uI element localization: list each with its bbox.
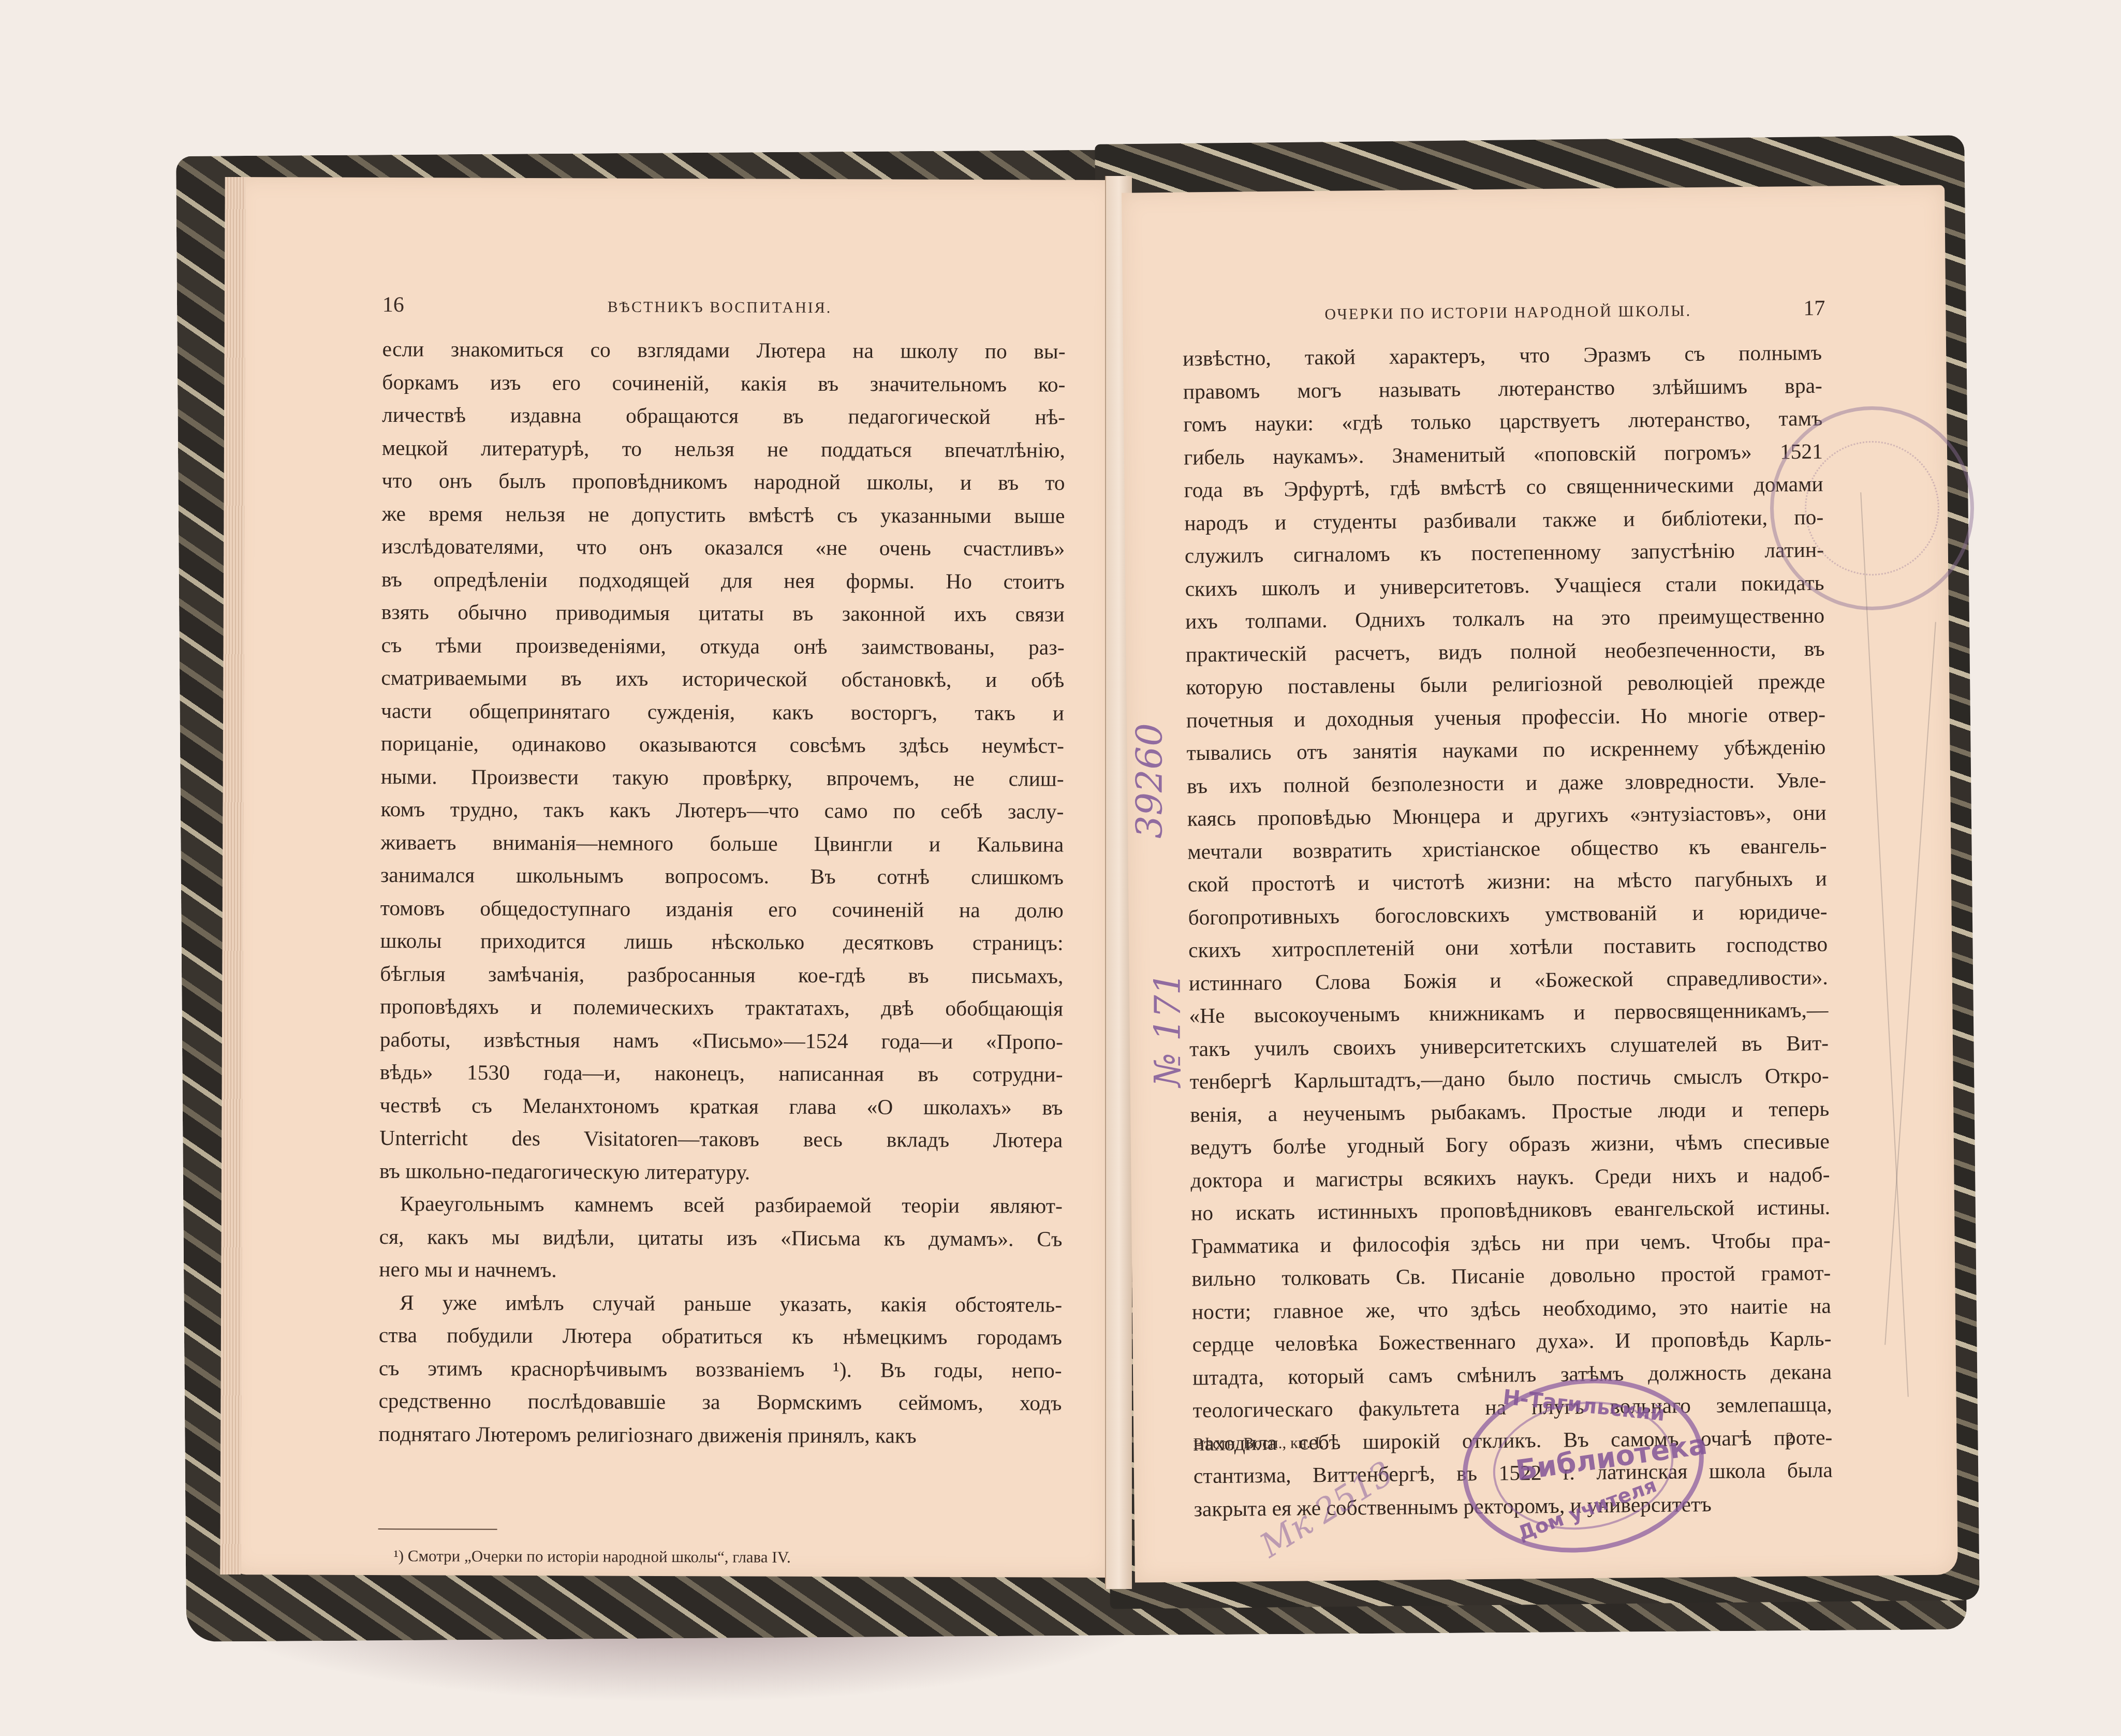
running-header: ОЧЕРКИ ПО ИСТОРІИ НАРОДНОЙ ШКОЛЫ. bbox=[1324, 302, 1691, 323]
text-line: практическій расчетъ, видъ полной необез… bbox=[1185, 632, 1825, 671]
text-line: ведутъ болѣе угодный Богу образъ жизни, … bbox=[1190, 1125, 1830, 1164]
text-line: которую поставлены были религіозной рево… bbox=[1186, 665, 1825, 704]
text-line: извѣстно, такой характеръ, что Эразмъ съ… bbox=[1183, 336, 1822, 375]
signature-line: Вѣстн. Восп., кн. I. bbox=[1193, 1433, 1324, 1453]
text-line: служилъ сигналомъ къ постепенному запуст… bbox=[1185, 534, 1824, 572]
page-number: 17 bbox=[1803, 296, 1825, 321]
text-line: томовъ общедоступнаго изданія его сочине… bbox=[380, 892, 1064, 927]
text-line: же время нельзя не допустить вмѣстѣ съ у… bbox=[381, 497, 1065, 533]
text-line: боркамъ изъ его сочиненій, какія въ знач… bbox=[382, 366, 1065, 401]
text-line: мечтали возвратить христіанское общество… bbox=[1187, 829, 1827, 868]
page-number: 16 bbox=[382, 292, 404, 317]
text-line: средственно послѣдовавшіе за Вормскимъ с… bbox=[378, 1385, 1062, 1420]
text-line: истиннаго Слова Божія и «Божеской справе… bbox=[1189, 961, 1829, 999]
text-line: вѣдь» 1530 года—и, наконецъ, написанная … bbox=[380, 1056, 1063, 1091]
text-line: почетныя и доходныя ученыя профессіи. Но… bbox=[1186, 698, 1826, 737]
footnote: ¹) Смотри „Очерки по исторіи народной шк… bbox=[393, 1547, 791, 1567]
text-line: гомъ науки: «гдѣ только царствуетъ лютер… bbox=[1183, 402, 1823, 441]
text-line: чествѣ съ Меланхтономъ краткая глава «О … bbox=[379, 1089, 1063, 1124]
text-line: вильно толковать Св. Писаніе довольно пр… bbox=[1191, 1257, 1831, 1296]
text-line: съ этимъ краснорѣчивымъ воззваніемъ ¹). … bbox=[379, 1352, 1062, 1387]
text-line: венія, а неученымъ рыбакамъ. Простые люд… bbox=[1190, 1092, 1830, 1131]
text-line: порицаніе, одинаково оказываются совсѣмъ… bbox=[381, 727, 1064, 762]
text-line: такъ училъ своихъ университетскихъ слуша… bbox=[1189, 1026, 1829, 1065]
text-line: тенбергѣ Карльштадтъ,—дано было постичь … bbox=[1189, 1060, 1829, 1098]
text-line: занимался школьнымъ вопросомъ. Въ сотнѣ … bbox=[380, 859, 1064, 894]
text-line: сматриваемыми въ ихъ исторической обстан… bbox=[381, 661, 1064, 697]
handwritten-inventory-number: 39260 bbox=[1128, 723, 1171, 838]
text-line: Unterricht des Visitatoren—таковъ весь в… bbox=[379, 1122, 1063, 1157]
text-line: въ школьно-педагогическую литературу. bbox=[379, 1155, 1063, 1190]
text-line: взять обычно приводимыя цитаты въ законн… bbox=[381, 596, 1065, 631]
text-line: ся, какъ мы видѣли, цитаты изъ «Письма к… bbox=[379, 1220, 1062, 1256]
handwritten-shelf-mark: № 171 bbox=[1146, 972, 1189, 1087]
text-line: части общепринятаго сужденія, какъ восто… bbox=[381, 695, 1064, 730]
footnote-rule bbox=[378, 1528, 497, 1530]
text-line: сердце человѣка Божественнаго духа». И п… bbox=[1192, 1322, 1832, 1361]
text-line: доктора и магистры всякихъ наукъ. Среди … bbox=[1190, 1158, 1830, 1197]
text-line: въ опредѣленіи подходящей для нея формы.… bbox=[381, 563, 1065, 598]
text-line: Я уже имѣлъ случай раньше указать, какія… bbox=[379, 1286, 1062, 1321]
text-line: ской простотѣ и чистотѣ жизни: на мѣсто … bbox=[1188, 862, 1828, 901]
text-line: скихъ школъ и университетовъ. Учащіеся с… bbox=[1185, 566, 1824, 605]
text-line: ности; главное же, что здѣсь необходимо,… bbox=[1192, 1289, 1832, 1328]
text-line: каясь проповѣдью Мюнцера и другихъ «энту… bbox=[1187, 797, 1827, 835]
text-line: изслѣдователями, что онъ оказался «не оч… bbox=[381, 530, 1065, 565]
text-line: тывались отъ занятія науками по искренне… bbox=[1186, 731, 1826, 770]
text-line: народъ и студенты разбивали также и библ… bbox=[1184, 501, 1824, 539]
text-line: въ ихъ полной безполезности и даже зловр… bbox=[1187, 763, 1827, 802]
text-line: ными. Произвести такую провѣрку, впрочем… bbox=[381, 760, 1064, 796]
text-line: скихъ хитросплетеній они хотѣли поставит… bbox=[1188, 928, 1828, 967]
text-line: года въ Эрфуртѣ, гдѣ вмѣстѣ со священнич… bbox=[1184, 468, 1823, 507]
text-line: работы, извѣстныя намъ «Письмо»—1524 год… bbox=[380, 1023, 1063, 1058]
text-line: ихъ толпами. Однихъ толкалъ на это преим… bbox=[1185, 599, 1825, 638]
left-page: 16 ВѢСТНИКЪ ВОСПИТАНІЯ. если знакомиться… bbox=[230, 177, 1115, 1578]
text-line: правомъ могъ называть лютеранство злѣйши… bbox=[1183, 369, 1823, 408]
text-line: Краеугольнымъ камнемъ всей разбираемой т… bbox=[379, 1187, 1063, 1223]
text-line: школы приходится лишь нѣсколько десятков… bbox=[380, 924, 1063, 960]
text-line: него мы и начнемъ. bbox=[379, 1253, 1062, 1288]
text-line: съ тѣми произведеніями, откуда онѣ заимс… bbox=[381, 629, 1064, 664]
text-line: но искать истинныхъ проповѣдниковъ еванг… bbox=[1191, 1191, 1831, 1230]
text-line: ства побудили Лютера обратиться къ нѣмец… bbox=[379, 1319, 1062, 1354]
text-line: поднятаго Лютеромъ религіознаго движенія… bbox=[378, 1418, 1062, 1453]
signature-mark: 2 bbox=[1786, 1429, 1794, 1447]
right-page: ОЧЕРКИ ПО ИСТОРІИ НАРОДНОЙ ШКОЛЫ. 17 изв… bbox=[1122, 185, 1958, 1582]
text-line: проповѣдяхъ и полемическихъ трактатахъ, … bbox=[380, 990, 1063, 1025]
text-line: личествѣ издавна обращаются въ педагогич… bbox=[382, 399, 1065, 434]
text-line: мецкой литературѣ, то нельзя не поддатьс… bbox=[382, 432, 1065, 467]
page-edges bbox=[220, 177, 245, 1575]
text-line: гибель наукамъ». Знаменитый «поповскій п… bbox=[1184, 435, 1823, 474]
text-line: Грамматика и философія здѣсь ни при чемъ… bbox=[1191, 1224, 1831, 1262]
text-line: богопротивныхъ богословскихъ умствованій… bbox=[1188, 895, 1828, 934]
body-text: если знакомиться со взглядами Лютера на … bbox=[378, 333, 1066, 1453]
stamp-inner-ring bbox=[1805, 441, 1939, 576]
text-line: «Не высокоученымъ книжникамъ и первосвящ… bbox=[1189, 994, 1829, 1033]
text-line: бѣглыя замѣчанія, разбросанныя кое-гдѣ в… bbox=[380, 958, 1063, 993]
running-header: ВѢСТНИКЪ ВОСПИТАНІЯ. bbox=[608, 299, 832, 317]
text-line: живаетъ вниманія—немного больше Цвингли … bbox=[380, 826, 1064, 861]
text-line: если знакомиться со взглядами Лютера на … bbox=[382, 333, 1065, 368]
text-line: что онъ былъ проповѣдникомъ народной шко… bbox=[382, 464, 1065, 499]
round-library-stamp bbox=[1770, 406, 1974, 610]
body-text: извѣстно, такой характеръ, что Эразмъ съ… bbox=[1183, 336, 1833, 1526]
text-line: комъ трудно, такъ какъ Лютеръ—что само п… bbox=[380, 793, 1064, 828]
